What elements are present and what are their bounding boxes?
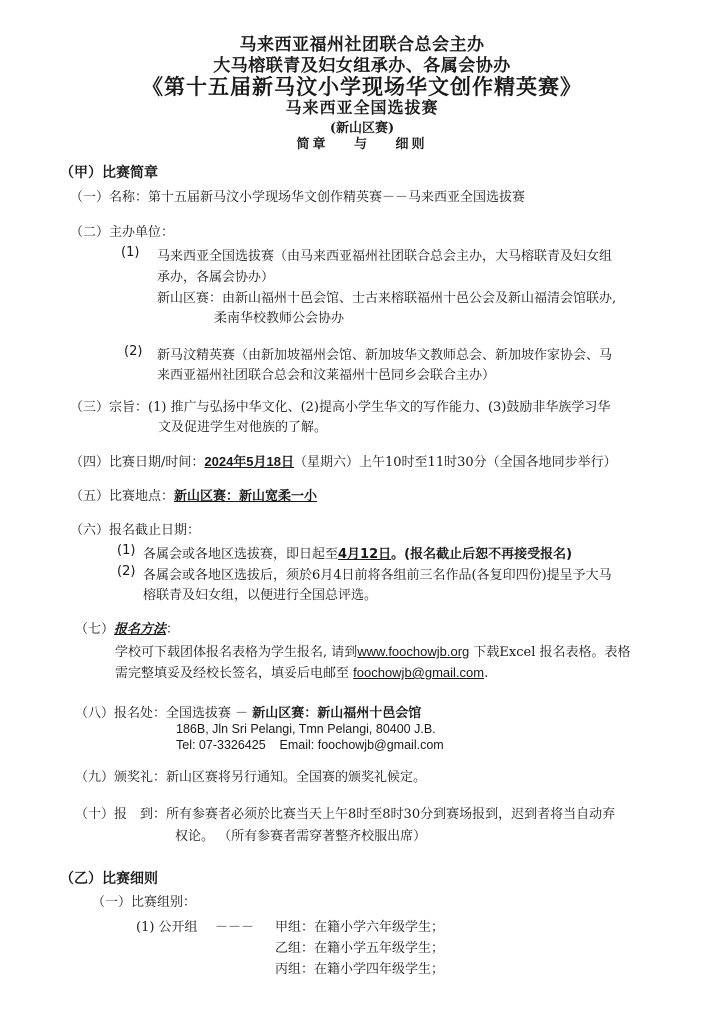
s6-item2-num: (2) (117, 564, 135, 579)
s5-row: （五）比赛地点：新山区赛：新山宽柔一小 (70, 485, 317, 504)
s1-label: （一）名称： (70, 190, 148, 205)
s8-contact: Tel: 07-3326425 Email: foochowjb@gmail.c… (176, 738, 444, 752)
s10-line1: 所有参赛者必须於比赛当天上午8时至8时30分到赛场报到，迟到者将当自动弃 (166, 807, 615, 822)
s8-row: （八）报名处：全国选拔赛 － 新山区赛：新山福州十邑会馆 (75, 702, 421, 721)
s8-address: 186B, Jln Sri Pelangi, Tmn Pelangi, 8040… (176, 722, 436, 736)
s6-item1-note: 。(报名截止后恕不再接受报名) (391, 547, 572, 562)
s9-label: （九）颁奖礼： (75, 770, 166, 785)
s1-row: （一）名称：第十五届新马汶小学现场华文创作精英赛－－马来西亚全国选拔赛 (70, 186, 525, 205)
s3-label: （三）宗旨： (70, 400, 148, 415)
b-group-bing: 丙组：在籍小学四年级学生； (275, 958, 444, 977)
s3-line2: 文及促进学生对他族的了解。 (158, 416, 327, 435)
s5-label: （五）比赛地点： (70, 489, 174, 504)
s1-text: 第十五届新马汶小学现场华文创作精英赛－－马来西亚全国选拔赛 (148, 190, 525, 205)
s7-label: 报名方法 (114, 622, 166, 637)
b-s1-label: （一）比赛组别： (92, 891, 196, 910)
section-b-heading: （乙）比赛细则 (60, 868, 158, 888)
s2-item1-line2: 承办，各属会协办） (157, 266, 274, 285)
s10-line2: 权论。 （所有参赛者需穿著整齐校服出席） (175, 825, 426, 844)
s10-row: （十）报 到：所有参赛者必须於比赛当天上午8时至8时30分到赛场报到，迟到者将当… (75, 803, 615, 822)
s2-item1-line1: 马来西亚全国选拔赛（由马来西亚福州社团联合总会主办，大马榕联青及妇女组 (157, 245, 612, 264)
b-group-jia: 甲组：在籍小学六年级学生； (275, 916, 444, 935)
document-subtitle: 马来西亚全国选拔赛 (0, 95, 724, 118)
s2-item1-num: (1) (121, 245, 139, 260)
b-group-dash: －－－ (215, 916, 254, 935)
s4-date: 2024年5月18日 (204, 454, 294, 469)
s4-rest: （星期六）上午10时至11时30分（全国各地同步举行） (294, 455, 617, 470)
doc-type-label: 简章 与 细则 (0, 133, 724, 152)
s2-region-row: 新山区赛：由新山福州十邑会馆、士古来榕联福州十邑公会及新山福清会馆联办, (157, 287, 616, 306)
b-group-yi: 乙组：在籍小学五年级学生； (275, 937, 444, 956)
b-group-label: (1) 公开组 (136, 916, 198, 935)
s7-line1: 学校可下载团体报名表格为学生报名, 请到www.foochowjb.org 下载… (115, 641, 630, 660)
s9-row: （九）颁奖礼：新山区赛将另行通知。全国赛的颁奖礼候定。 (75, 766, 426, 785)
website-link[interactable]: www.foochowjb.org (357, 644, 469, 659)
s2-item2-line2: 来西亚福州社团联合总会和汶莱福州十邑同乡会联合主办） (157, 364, 495, 383)
s9-text: 新山区赛将另行通知。全国赛的颁奖礼候定。 (166, 770, 426, 785)
s2-region-label: 新山区赛： (157, 291, 222, 306)
s7-colon: ： (166, 622, 179, 637)
email-link[interactable]: foochowjb@gmail.com (353, 665, 484, 680)
s7-line2: 需完整填妥及经校长签名，填妥后电邮至 foochowjb@gmail.com. (115, 662, 488, 681)
s10-label: （十）报 到： (75, 807, 166, 822)
s8-line1-b: 新山区赛：新山福州十邑会馆 (252, 706, 421, 721)
s3-line1: (1) 推广与弘扬中华文化、(2)提高小学生华文的写作能力、(3)鼓励非华族学习… (148, 400, 610, 415)
s2-region-line1: 由新山福州十邑会馆、士古来榕联福州十邑公会及新山福清会馆联办, (222, 291, 616, 306)
s6-label: （六）报名截止日期： (70, 519, 200, 538)
s7-line1-b: 下载Excel 报名表格。表格 (469, 645, 630, 660)
s8-label: （八）报名处： (75, 706, 166, 721)
s8-line1-a: 全国选拔赛 － (166, 706, 252, 721)
s7-line2-b: . (484, 666, 488, 681)
section-a-heading: （甲）比赛简章 (60, 162, 158, 182)
s3-row: （三）宗旨：(1) 推广与弘扬中华文化、(2)提高小学生华文的写作能力、(3)鼓… (70, 396, 610, 415)
s2-item2-line1: 新马汶精英赛（由新加坡福州会馆、新加坡华文教师总会、新加坡作家协会、马 (157, 344, 612, 363)
s7-line1-a: 学校可下载团体报名表格为学生报名, 请到 (115, 645, 357, 660)
s2-label: （二）主办单位： (70, 221, 174, 240)
s7-row: （七）报名方法： (75, 618, 179, 637)
s2-region-line2: 柔南华校教师公会协办 (214, 307, 344, 326)
s6-item1-text: 各属会或各地区选拔赛，即日起至 (143, 547, 338, 562)
s6-item2-line1: 各属会或各地区选拔后，须於6月4日前将各组前三名作品(各复印四份)提呈予大马 (143, 564, 612, 583)
s4-label: （四）比赛日期/时间： (70, 455, 204, 470)
s6-item2-line2: 榕联青及妇女组，以便进行全国总评选。 (143, 584, 377, 603)
s6-item1-num: (1) (117, 543, 135, 558)
s4-row: （四）比赛日期/时间：2024年5月18日（星期六）上午10时至11时30分（全… (70, 451, 617, 470)
s2-item2-num: (2) (124, 344, 142, 359)
s7-label-prefix: （七） (75, 622, 114, 637)
s6-deadline-date: 4月12日 (338, 547, 391, 562)
s6-item1-row: 各属会或各地区选拔赛，即日起至4月12日。(报名截止后恕不再接受报名) (143, 543, 572, 562)
s5-venue: 新山区赛：新山宽柔一小 (174, 489, 317, 504)
s7-line2-a: 需完整填妥及经校长签名，填妥后电邮至 (115, 666, 353, 681)
